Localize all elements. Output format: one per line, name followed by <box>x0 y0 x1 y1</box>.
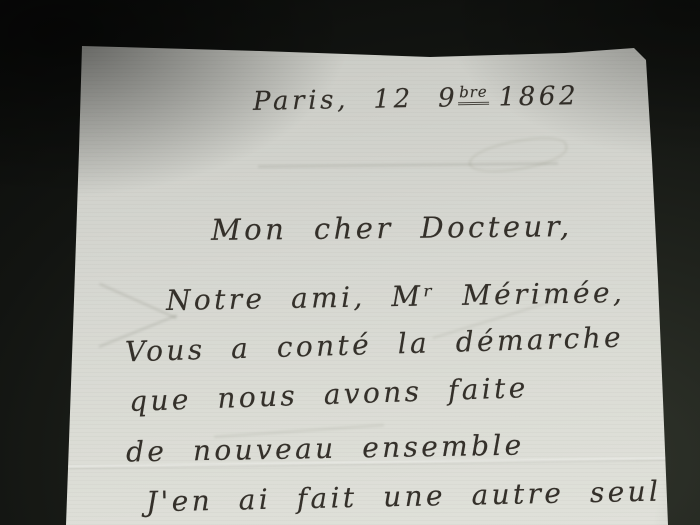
dateline: Paris, 12 9bre1862 <box>253 81 580 118</box>
salutation-line: Mon cher Docteur, <box>211 209 573 247</box>
photo-background: Paris, 12 9bre1862 Mon cher Docteur, Not… <box>0 0 700 525</box>
dateline-month-superscript: bre <box>458 83 489 106</box>
letter-paper: Paris, 12 9bre1862 Mon cher Docteur, Not… <box>0 0 700 525</box>
dateline-year: 1862 <box>498 81 579 112</box>
body-line: de nouveau ensemble <box>126 429 525 469</box>
dateline-place-day: Paris, 12 9 <box>253 83 459 117</box>
